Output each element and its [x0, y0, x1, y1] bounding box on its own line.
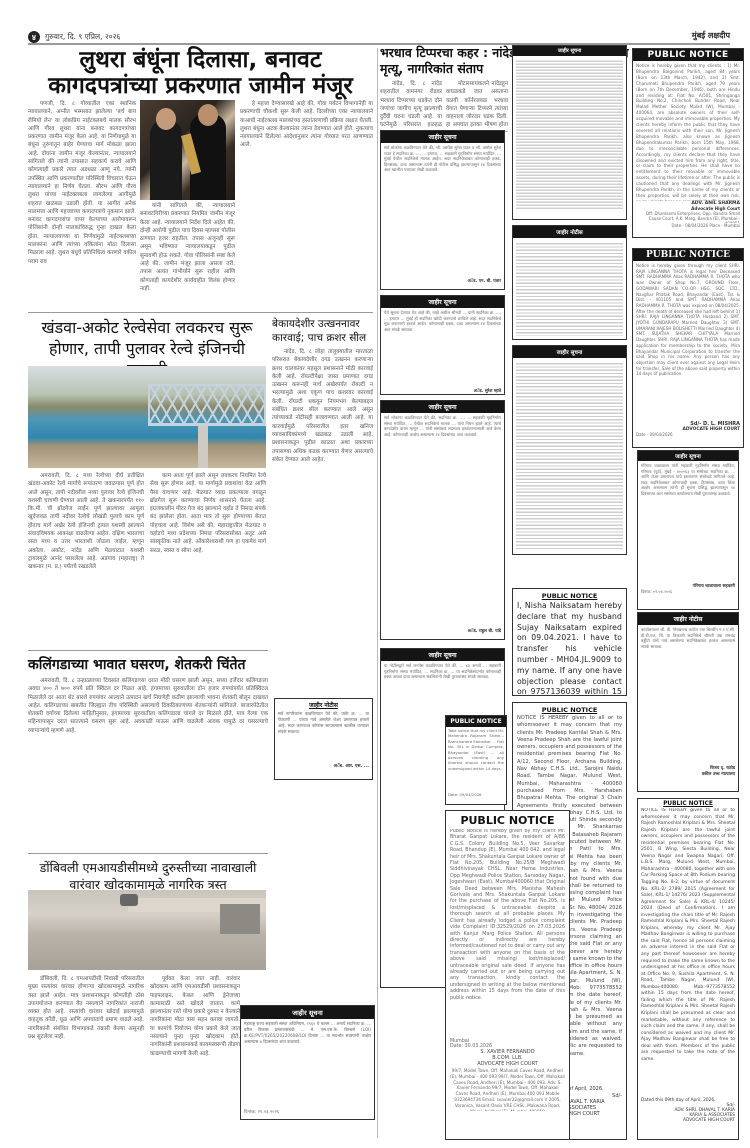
- tipper-body-col1: नांदेड, दि. ८ नांदेड शहरातील वामनगर रोडव…: [380, 80, 442, 132]
- notice-header: PUBLIC NOTICE: [446, 811, 569, 829]
- notice-body-lines: [516, 59, 623, 209]
- notice-header: जाहीर सूचना: [381, 131, 504, 143]
- notice-body-lines: [516, 241, 623, 336]
- public-notice-parikh: PUBLIC NOTICE Notice is hereby given tha…: [632, 48, 744, 238]
- luthra-brothers-photo: [140, 100, 235, 200]
- notice-signatory: अॅड. राहुल बी. पांडे: [381, 628, 504, 634]
- dombivli-body-col2: पूर्ववत केला जात नाही. वारंवार खोदकाम आण…: [150, 975, 240, 1125]
- notice-body: Take notice that my client Mr. Mahendra …: [446, 727, 506, 792]
- jaher-notice-right: जाहीर नोटीस कार्यालयाला श्री. डी. गोरखना…: [637, 612, 739, 792]
- public-notice-thota: PUBLIC NOTICE Notice is hereby given thr…: [632, 248, 744, 448]
- notice-signatory: अॅड. आर. एस. ...: [275, 763, 372, 769]
- notice-body: सर्व नागरिकांना कळविण्यात येते की, फ्लॅट…: [275, 711, 372, 763]
- notice-header: जाहीर नोटीस: [513, 226, 626, 238]
- jaher-suchana-bottom-box: जाहीर सूचना महाराष्ट्र राज्य सहकारी संस्…: [240, 1005, 375, 1120]
- notice-sig-line2: वकील उच्च न्यायालय: [638, 771, 738, 777]
- jaher-suchana-right: जाहीर सूचना गोरेगाव चाळावाला यांनी सहकार…: [637, 450, 739, 610]
- notice-body: कार्यालयाला श्री. डी. गोरखनाथ कपोल ज्या …: [638, 625, 738, 765]
- notice-header: PUBLIC NOTICE: [638, 799, 738, 808]
- jaher-suchana-col3: जाहीर सूचना: [512, 345, 627, 555]
- notice-date: दिनांक: २१.०३.२०२६: [241, 1109, 374, 1115]
- notice-header: PUBLIC NOTICE: [513, 589, 626, 601]
- luthra-body-col1: पणजी, दि. ८ गोव्यातील एका स्थानिक न्याया…: [28, 100, 136, 298]
- notice-header: PUBLIC NOTICE: [633, 249, 743, 261]
- person-2-head: [198, 104, 218, 126]
- tipper-body-col2: मोटारसायकलने नांदेडहून वाघळकडे जात असतान…: [446, 80, 508, 132]
- notice-header: PUBLIC NOTICE: [513, 703, 626, 715]
- notice-header: जाहीर सूचना: [381, 401, 504, 413]
- notice-header: जाहीर सूचना: [513, 46, 626, 56]
- concrete-block-shape: [220, 904, 260, 934]
- notice-header: जाहीर सूचना: [638, 451, 738, 461]
- notice-header: जाहीर नोटीस: [275, 699, 372, 711]
- notice-header: जाहीर सूचना: [513, 346, 626, 358]
- railway-body-col1: अमरावती, दि. ८ मध्य रेल्वेच्या दीर्घ प्र…: [28, 472, 144, 640]
- notice-header: PUBLIC NOTICE: [633, 49, 743, 61]
- notice-header: जाहीर सूचना: [381, 296, 504, 308]
- notice-body: Notice is hereby given through my client…: [633, 261, 743, 421]
- notice-address: 99/7, Model Town, Off. Mahakali Caves Ro…: [446, 1067, 569, 1111]
- jaher-suchana-mid-3: जाहीर सूचना सर्व लोकांना कळविण्यात येते …: [380, 400, 505, 640]
- paper-name: मुंबई लक्षदीप: [692, 30, 730, 41]
- public-notice-nisha: PUBLIC NOTICE I, Nisha Naiksatam hereby …: [512, 588, 627, 696]
- sudhipatra-box: जाहीर सूचना: [512, 45, 627, 220]
- crusher-body: नांदेड, दि. ८ लोहा तालुक्यातील मारताळा प…: [272, 348, 373, 676]
- jaher-suchana-mid-2: जाहीर सूचना येथे सूचना देण्यात येत आहे क…: [380, 295, 505, 395]
- notice-date: Date: 09/04/2026: [446, 792, 506, 797]
- bridge-truss-shape: [148, 384, 266, 426]
- notice-body: Notice is hereby given that my clients :…: [633, 61, 743, 201]
- date-line: गुरुवार, दि. ९ एप्रिल, २०२६: [45, 32, 120, 42]
- kalingad-headline: कलिंगडाच्या भावात घसरण, शेतकरी चिंतेत: [28, 657, 268, 673]
- notice-body-lines: [516, 361, 623, 551]
- notice-body: गोरेगाव चाळावाला यांनी सहकारी गृहनिर्माण…: [638, 461, 738, 583]
- column-divider: [377, 48, 378, 1138]
- person-1-figure: [150, 120, 182, 200]
- section-divider: [28, 312, 373, 313]
- dombivli-body-col1: डोंबिवली, दि. ८ एमआयडीसी निवासी परिसराती…: [28, 975, 144, 1125]
- notice-body: येथे सूचना देण्यात येत आहे की, माझे अशील…: [381, 308, 504, 388]
- crusher-headline: बेकायदेशीर उत्खननावर कारवाई; पाच क्रशर स…: [272, 318, 372, 345]
- date-header: ४ गुरुवार, दि. ९ एप्रिल, २०२६: [28, 30, 120, 44]
- luthra-body-col2: यांनी सांगितले की, न्यायालयाने बनावटगिरी…: [140, 202, 235, 298]
- jaher-suchana-mid-1: जाहीर सूचना सर्व लोकांना कळविण्यात येते …: [380, 130, 505, 290]
- kalingad-body: अमरावती, दि. ८ उन्हाळ्याच्या दिवसांत कलि…: [28, 677, 268, 847]
- notice-body: Public Notice is hereby given by my clie…: [446, 829, 569, 1039]
- jaher-notice-col3: जाहीर नोटीस: [512, 225, 627, 340]
- notice-signatory: अॅड. सुरेश म्हात्रे: [381, 388, 504, 394]
- notice-date: दिनांक: ०९.०४.२०२६: [638, 589, 738, 595]
- public-notice-lokare: PUBLIC NOTICE Public Notice is hereby gi…: [445, 810, 570, 1140]
- person-1-head: [156, 108, 176, 130]
- luthra-headline: लुथरा बंधूंना दिलासा, बनावट कागदपत्रांच्…: [28, 47, 373, 100]
- notice-body: सर्व लोकांना कळविण्यात येते की, श्री. अश…: [381, 143, 504, 278]
- notice-header: जाहीर सूचना: [241, 1006, 374, 1019]
- notice-date-place: Date - 08/04/2026 Place - Mumbai: [633, 223, 743, 228]
- dombivli-headline: डोंबिवली एमआयडीसीमध्ये दुरुस्तीच्या नावा…: [28, 860, 268, 894]
- notice-header: जाहीर सूचना: [381, 649, 504, 661]
- notice-sig-line3: Date - 09/04/2026: [633, 432, 743, 437]
- notice-body: NOTICE IS HEREBY given to all or to whom…: [638, 808, 738, 1098]
- dombivli-road-photo: [28, 890, 266, 970]
- notice-sig-line3: ADVOCATE HIGH COURT: [638, 1118, 738, 1123]
- car-shape: [120, 894, 138, 906]
- luthra-body-col3: हे महत्त्व देण्यासारखे आहे की, गोवा पर्य…: [240, 100, 373, 200]
- notice-header: जाहीर नोटीस: [638, 613, 738, 625]
- page-number-badge: ४: [28, 31, 40, 43]
- public-notice-small: PUBLIC NOTICE Take notice that my client…: [445, 715, 507, 805]
- notice-signatory: अॅड. एन. बी. पवार: [381, 278, 504, 284]
- notice-body: महाराष्ट्र राज्य सहकारी संस्था अधिनियम, …: [241, 1019, 374, 1109]
- bridge-pier-shape: [198, 426, 208, 468]
- tapi-bridge-photo: [28, 366, 266, 468]
- notice-header: PUBLIC NOTICE: [446, 716, 506, 727]
- jaher-notice-left-box: जाहीर नोटीस सर्व नागरिकांना कळविण्यात ये…: [274, 698, 373, 780]
- section-divider: [28, 650, 268, 651]
- section-divider: [28, 853, 268, 854]
- notice-sig-line3: Off: Dhanlaxmi Enterprises, Opp. Bandra …: [633, 211, 743, 223]
- public-notice-kriplani: PUBLIC NOTICE NOTICE IS HEREBY given to …: [637, 798, 739, 1140]
- notice-body: I, Nisha Naiksatam hereby declare that m…: [513, 601, 626, 696]
- notice-body: सर्व लोकांना कळविण्यात येते की, सदनिका क…: [381, 413, 504, 628]
- railway-body-col2: काम आता पूर्ण झाले असून लवकरच नियमित रेल…: [150, 472, 266, 640]
